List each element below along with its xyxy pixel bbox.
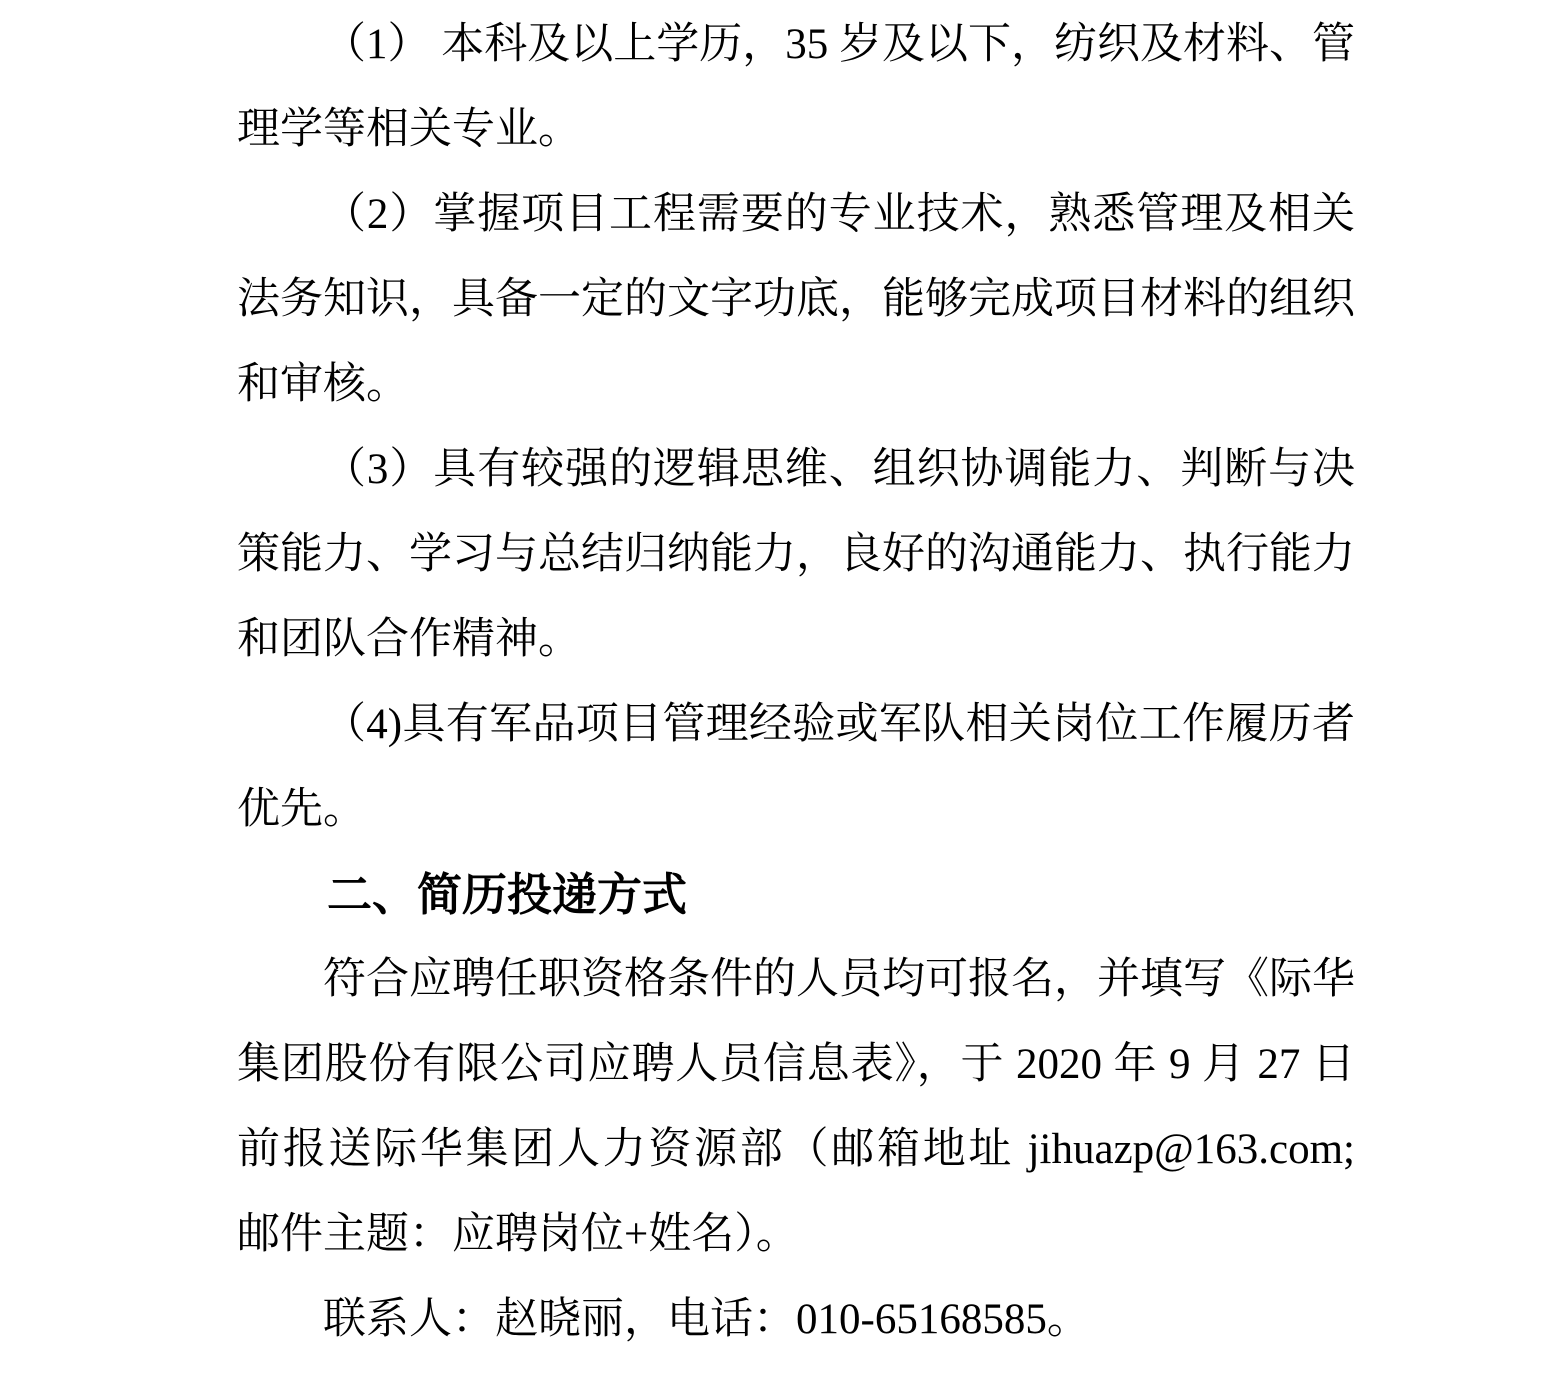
contact-info-paragraph: 联系人：赵晓丽，电话：010-65168585。 — [237, 1277, 1355, 1362]
document-page: （1） 本科及以上学历，35 岁及以下，纺织及材料、管理学等相关专业。 （2）掌… — [0, 0, 1555, 1385]
requirement-item-4: （4)具有军品项目管理经验或军队相关岗位工作履历者优先。 — [237, 682, 1355, 852]
section-heading-resume-submission: 二、简历投递方式 — [237, 852, 1355, 937]
requirement-item-2: （2）掌握项目工程需要的专业技术，熟悉管理及相关法务知识，具备一定的文字功底，能… — [237, 172, 1355, 427]
requirement-item-1: （1） 本科及以上学历，35 岁及以下，纺织及材料、管理学等相关专业。 — [237, 2, 1355, 172]
resume-submission-paragraph: 符合应聘任职资格条件的人员均可报名，并填写《际华集团股份有限公司应聘人员信息表》… — [237, 937, 1355, 1277]
requirement-item-3: （3）具有较强的逻辑思维、组织协调能力、判断与决策能力、学习与总结归纳能力，良好… — [237, 427, 1355, 682]
